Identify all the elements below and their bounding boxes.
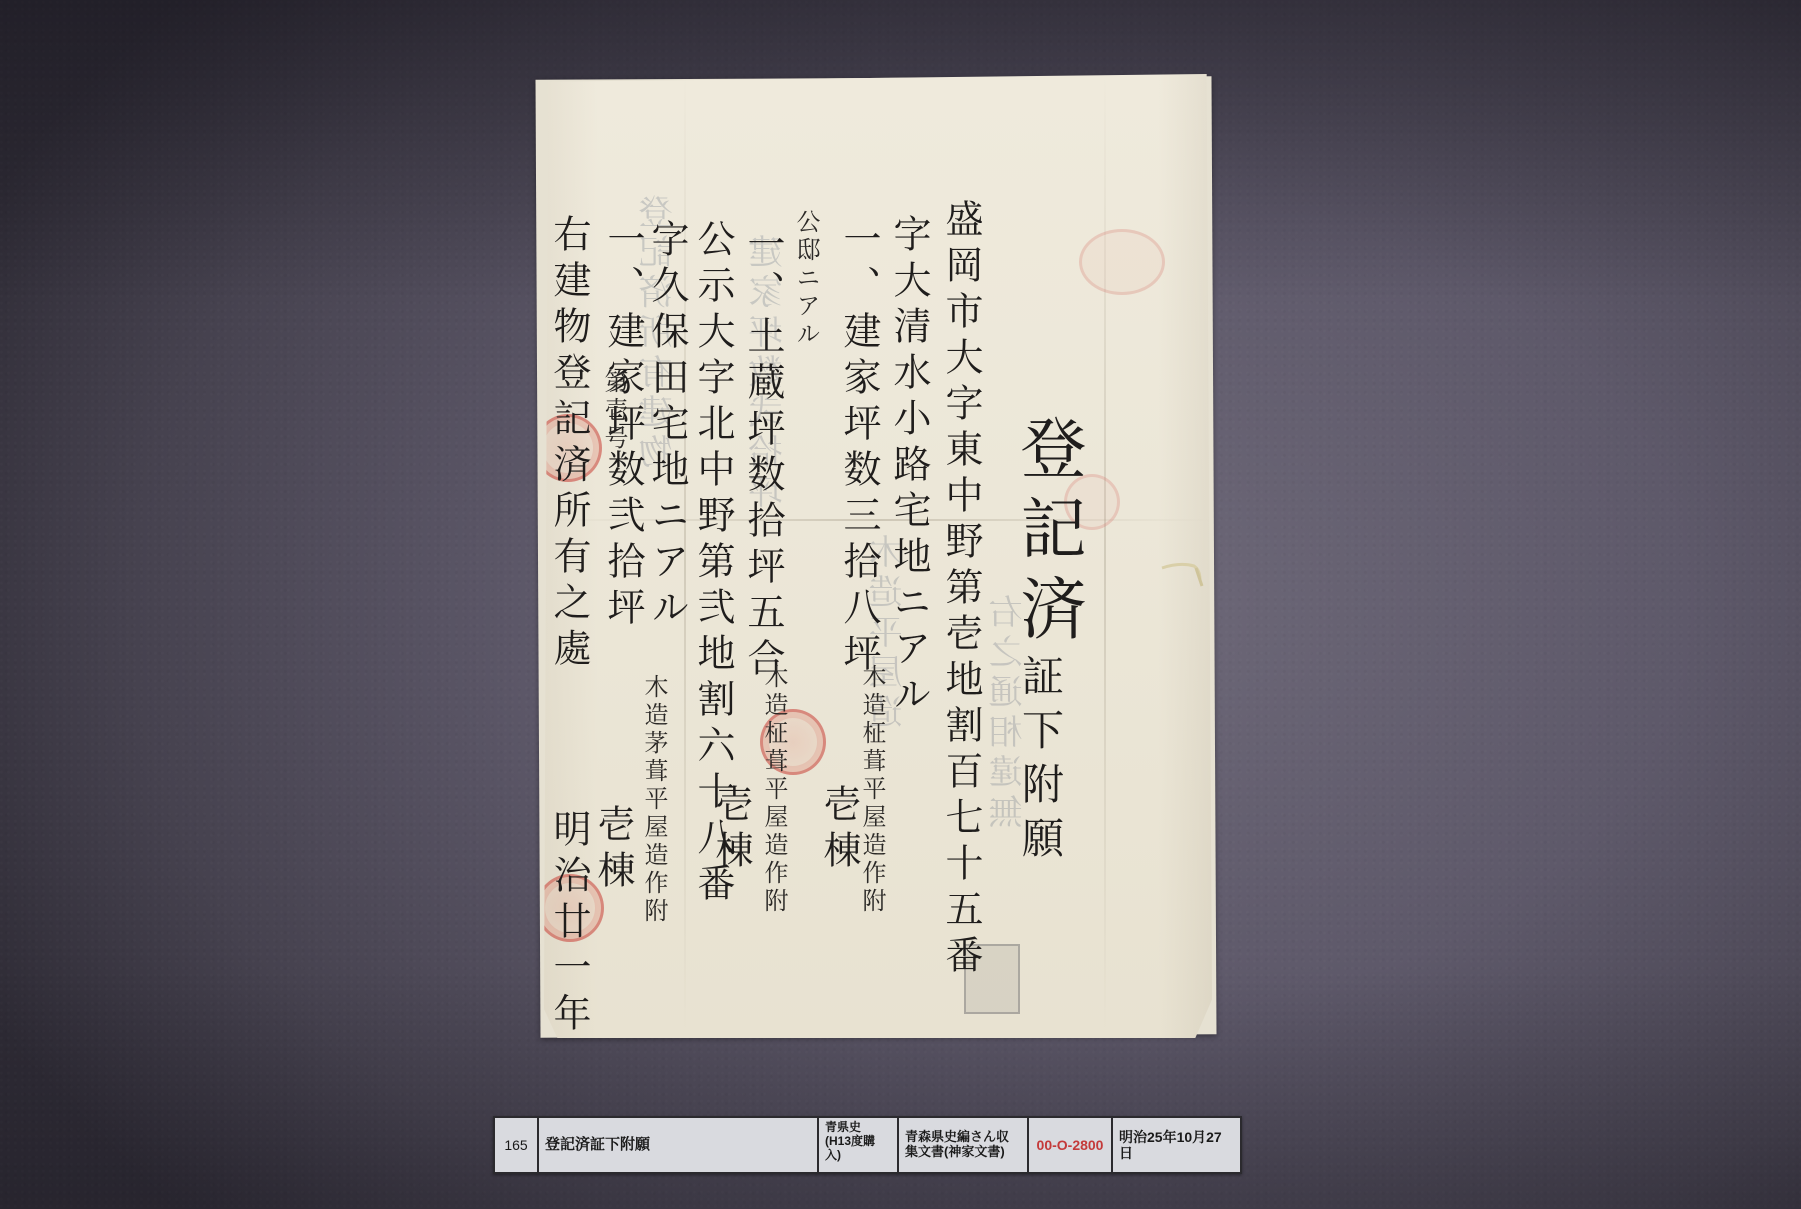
- text-column: 字大清水小路宅地ニアル: [890, 214, 928, 720]
- catalog-date: 明治25年10月27日: [1113, 1118, 1240, 1172]
- source-line: 入): [825, 1149, 875, 1163]
- text-column: 明治廿一年: [550, 809, 588, 1039]
- text-column: 盛岡市大字東中野第壱地割百七十五番: [942, 199, 980, 981]
- text-column: 木造柾葺平屋造作附: [860, 664, 884, 916]
- catalog-label: 165 登記済証下附願 青県史 (H13度購 入) 青森県史編さん収 集文書(神…: [493, 1116, 1242, 1174]
- text-column: 一、建家坪数三拾八坪: [840, 219, 878, 679]
- faint-seal: [1079, 229, 1165, 295]
- catalog-code: 00-O-2800: [1029, 1118, 1113, 1172]
- text-column: 公示大字北中野第弐地割六十八番: [694, 219, 732, 909]
- catalog-number: 165: [495, 1118, 539, 1172]
- text-column: 公邸ニアル: [794, 209, 818, 349]
- text-column: 右建物登記済所有之處: [550, 214, 588, 674]
- collection-line: 集文書(神家文書): [905, 1145, 1009, 1160]
- text-column: 第壱号: [602, 369, 626, 453]
- document-subtitle: 証下附願: [1019, 654, 1061, 870]
- text-column: 壱棟: [594, 804, 632, 896]
- text-column: 壱棟: [820, 784, 858, 876]
- text-column: 一、土蔵坪数拾坪五合: [744, 224, 782, 684]
- source-line: 青県史: [825, 1121, 875, 1135]
- catalog-collection: 青森県史編さん収 集文書(神家文書): [899, 1118, 1029, 1172]
- fold-line: [1104, 74, 1106, 1038]
- document-paper: 登記済所有建物 建家坪数弐拾坪 木造平屋造 右之通相違無 登記済 証下附願 盛岡…: [544, 74, 1212, 1038]
- text-column: 木造柾葺平屋造作附: [762, 664, 786, 916]
- text-column: 字久保田宅地ニアル: [648, 219, 686, 633]
- catalog-source: 青県史 (H13度購 入): [819, 1118, 899, 1172]
- document-title: 登記済: [1014, 414, 1080, 654]
- collection-line: 青森県史編さん収: [905, 1130, 1009, 1145]
- catalog-title: 登記済証下附願: [539, 1118, 819, 1172]
- source-line: (H13度購: [825, 1135, 875, 1149]
- text-column: 木造茅葺平屋造作附: [642, 674, 666, 926]
